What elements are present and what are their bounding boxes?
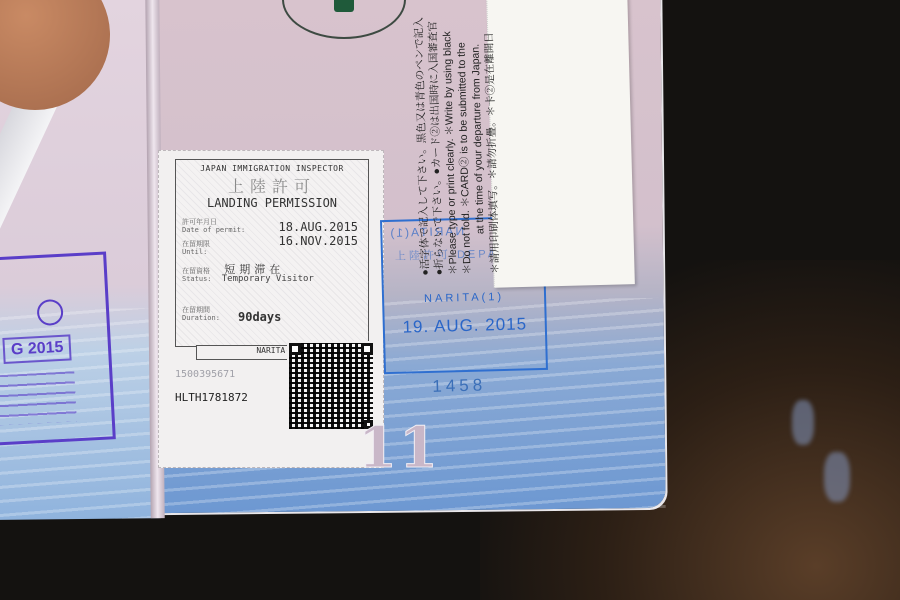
landing-permission-box: JAPAN IMMIGRATION INSPECTOR 上陸許可 LANDING… — [175, 159, 369, 347]
entry-stamp-date: 19. AUG. 2015 — [385, 314, 545, 338]
duration: 90days — [238, 310, 281, 324]
until-date: 16.NOV.2015 — [279, 234, 358, 248]
row-status: 在留資格 短期滞在 Status: Temporary Visitor — [182, 266, 362, 283]
purple-stamp-date: G 2015 — [2, 334, 72, 364]
landing-permission-sticker: JAPAN IMMIGRATION INSPECTOR 上陸許可 LANDING… — [158, 150, 384, 468]
inspector-header: JAPAN IMMIGRATION INSPECTOR — [180, 164, 364, 173]
landing-title: LANDING PERMISSION — [176, 196, 368, 210]
entry-stamp-number: 1458 — [432, 375, 486, 396]
date-of-permit: 18.AUG.2015 — [279, 220, 358, 234]
departure-card: ●活字体で記入して下さい。黒色又は青色のペンで記入 ●折らないで下さい。●カード… — [486, 0, 635, 288]
smudge-mark — [792, 400, 814, 445]
page-number: 11 — [358, 420, 440, 476]
purple-entry-stamp: G 2015 — [0, 251, 116, 446]
kanji-title: 上陸許可 — [176, 174, 368, 197]
stamp-emblem-icon — [36, 299, 63, 326]
sticker-code: HLTH1781872 — [175, 391, 248, 404]
entry-stamp-port: NARITA(1) — [384, 290, 544, 306]
serial-number: 1500395671 — [175, 369, 235, 380]
departure-card-instructions: ●活字体で記入して下さい。黒色又は青色のペンで記入 ●折らないで下さい。●カード… — [411, 4, 502, 276]
row-duration: 在留期間 Duration: 90days — [182, 306, 362, 322]
row-date-of-permit: 許可年月日 Date of permit: 18.AUG.2015 — [182, 218, 362, 234]
row-until: 在留期限 Until: 16.NOV.2015 — [182, 240, 362, 256]
smudge-mark — [824, 452, 850, 502]
